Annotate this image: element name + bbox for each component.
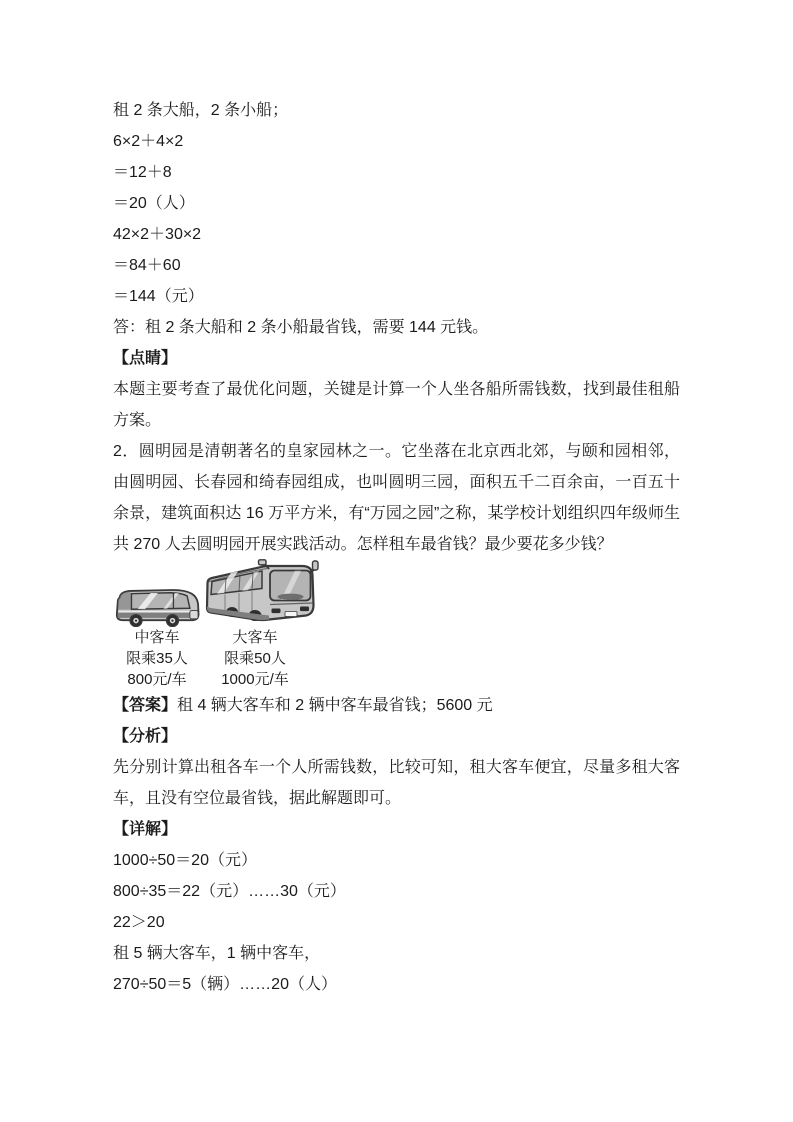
large-bus-price: 1000元/车 bbox=[221, 669, 289, 690]
tip-body: 本题主要考查了最优化问题，关键是计算一个人坐各船所需钱数，找到最佳租船方案。 bbox=[113, 374, 680, 436]
detail-line: 租 5 辆大客车，1 辆中客车， bbox=[113, 938, 680, 969]
medium-bus-price: 800元/车 bbox=[127, 669, 186, 690]
medium-bus-capacity: 限乘35人 bbox=[126, 648, 188, 669]
equation-line: ＝144（元） bbox=[113, 281, 680, 312]
solution1-plan-line: 租 2 条大船，2 条小船； bbox=[113, 95, 680, 126]
bus-figure: 中客车 限乘35人 800元/车 bbox=[113, 560, 680, 690]
analysis-body: 先分别计算出租各车一个人所需钱数，比较可知，租大客车便宜，尽量多租大客车，且没有… bbox=[113, 752, 680, 814]
detail-heading: 【详解】 bbox=[113, 814, 680, 845]
answer-label: 【答案】 bbox=[113, 697, 177, 714]
large-bus-icon bbox=[205, 559, 319, 627]
answer-text: 租 4 辆大客车和 2 辆中客车最省钱；5600 元 bbox=[177, 697, 493, 714]
document-page: 租 2 条大船，2 条小船； 6×2＋4×2 ＝12＋8 ＝20（人） 42×2… bbox=[0, 0, 793, 1122]
equation-line: ＝84＋60 bbox=[113, 250, 680, 281]
equation-line: 6×2＋4×2 bbox=[113, 126, 680, 157]
medium-bus-name: 中客车 bbox=[134, 627, 179, 648]
medium-bus-option: 中客车 限乘35人 800元/车 bbox=[113, 585, 201, 690]
large-bus-option: 大客车 限乘50人 1000元/车 bbox=[205, 559, 319, 690]
analysis-heading: 【分析】 bbox=[113, 721, 680, 752]
solution1-answer-line: 答：租 2 条大船和 2 条小船最省钱，需要 144 元钱。 bbox=[113, 312, 680, 343]
detail-line: 22＞20 bbox=[113, 907, 680, 938]
tip-heading: 【点睛】 bbox=[113, 343, 680, 374]
equation-line: ＝12＋8 bbox=[113, 157, 680, 188]
equation-line: ＝20（人） bbox=[113, 188, 680, 219]
large-bus-name: 大客车 bbox=[232, 627, 277, 648]
problem2-statement: 2．圆明园是清朝著名的皇家园林之一。它坐落在北京西北郊，与颐和园相邻，由圆明园、… bbox=[113, 436, 680, 560]
equation-line: 42×2＋30×2 bbox=[113, 219, 680, 250]
detail-line: 270÷50＝5（辆）……20（人） bbox=[113, 969, 680, 1000]
detail-line: 1000÷50＝20（元） bbox=[113, 845, 680, 876]
large-bus-capacity: 限乘50人 bbox=[224, 648, 286, 669]
medium-bus-icon bbox=[113, 585, 201, 627]
detail-line: 800÷35＝22（元）……30（元） bbox=[113, 876, 680, 907]
problem2-answer-line: 【答案】租 4 辆大客车和 2 辆中客车最省钱；5600 元 bbox=[113, 690, 680, 721]
